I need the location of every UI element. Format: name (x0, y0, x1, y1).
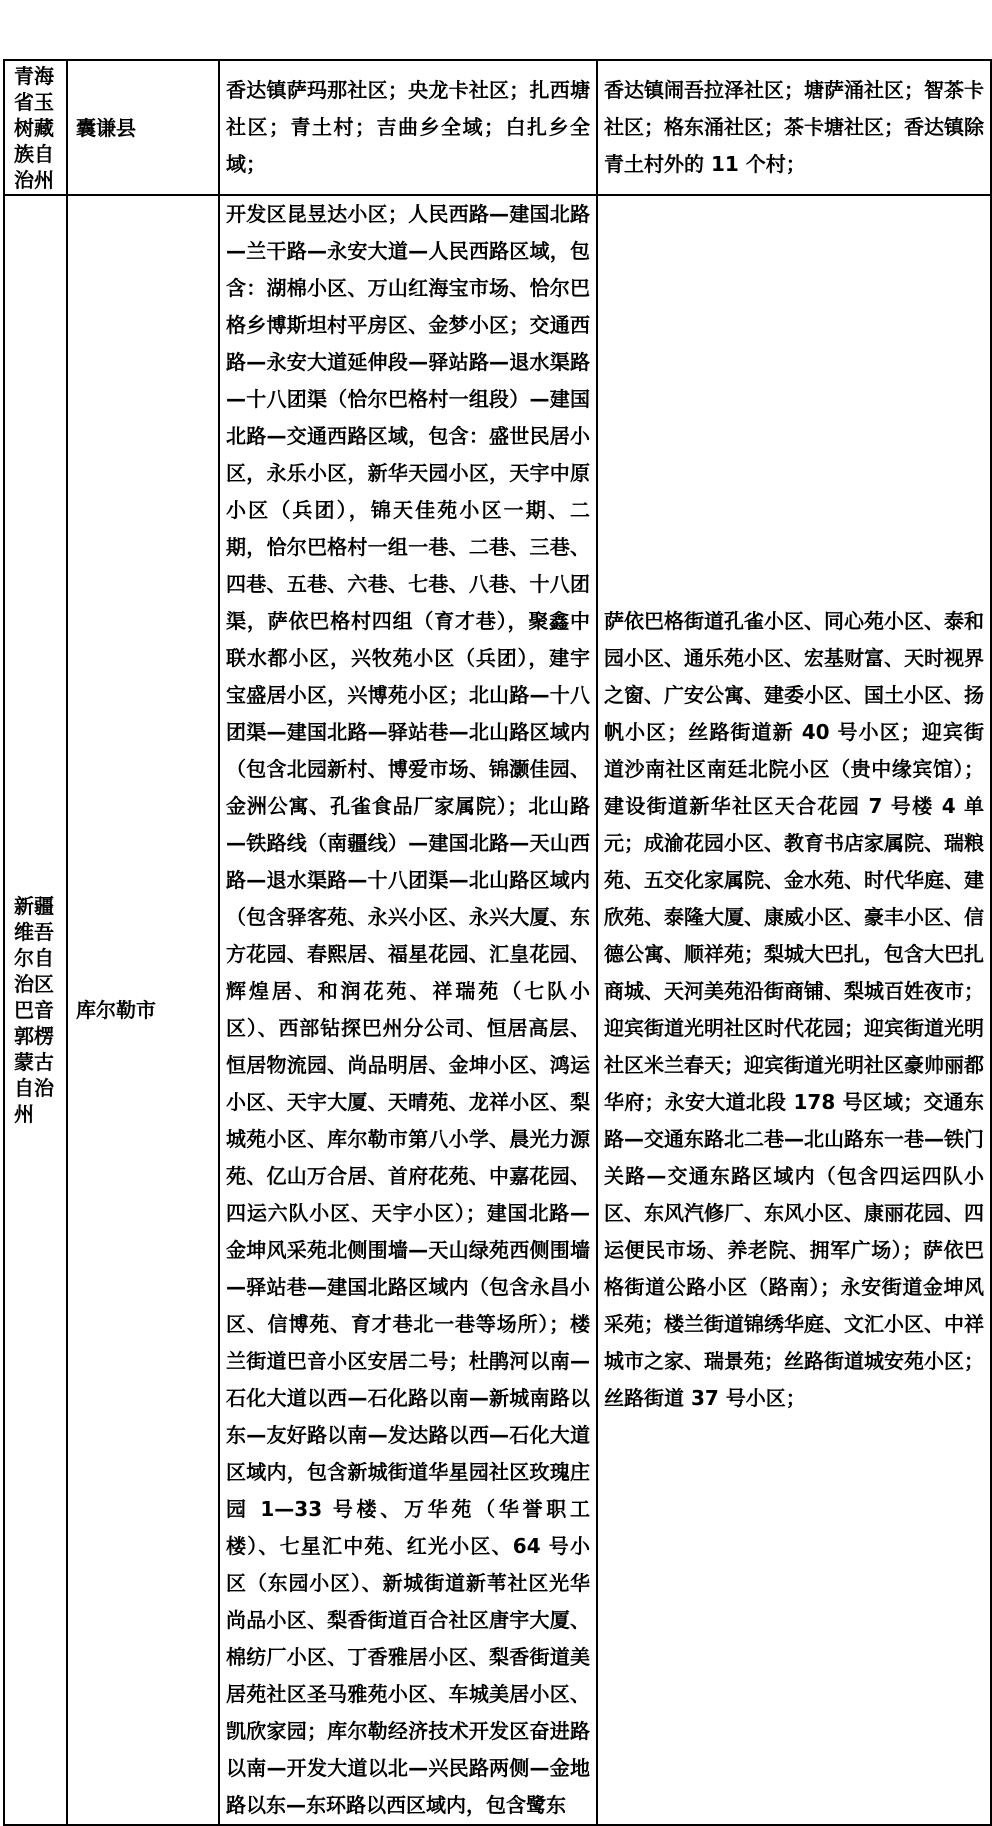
city-cell: 库尔勒市 (67, 195, 219, 1825)
county-cell: 囊谦县 (67, 60, 219, 195)
table-row-xinjiang: 新疆维吾尔自治区巴音郭楞蒙古自治州 库尔勒市 开发区昆昱达小区；人民西路—建国北… (4, 195, 991, 1825)
area-list-primary-cell: 香达镇萨玛那社区；央龙卡社区；扎西塘社区；青土村；吉曲乡全域；白扎乡全域； (219, 60, 597, 195)
table-row-qinghai: 青海省玉树藏族自治州 囊谦县 香达镇萨玛那社区；央龙卡社区；扎西塘社区；青土村；… (4, 60, 991, 195)
risk-area-table: 青海省玉树藏族自治州 囊谦县 香达镇萨玛那社区；央龙卡社区；扎西塘社区；青土村；… (3, 59, 992, 1826)
area-list-secondary-cell: 香达镇闹吾拉泽社区；塘萨涌社区；智茶卡社区；格东涌社区；茶卡塘社区；香达镇除青土… (597, 60, 991, 195)
area-list-secondary-cell: 萨依巴格街道孔雀小区、同心苑小区、泰和园小区、通乐苑小区、宏基财富、天时视界之窗… (597, 195, 991, 1825)
area-list-primary-cell: 开发区昆昱达小区；人民西路—建国北路—兰干路—永安大道—人民西路区域，包含：湖棉… (219, 195, 597, 1825)
document-page: 青海省玉树藏族自治州 囊谦县 香达镇萨玛那社区；央龙卡社区；扎西塘社区；青土村；… (0, 0, 992, 1296)
province-cell: 新疆维吾尔自治区巴音郭楞蒙古自治州 (4, 195, 67, 1825)
province-cell: 青海省玉树藏族自治州 (4, 60, 67, 195)
